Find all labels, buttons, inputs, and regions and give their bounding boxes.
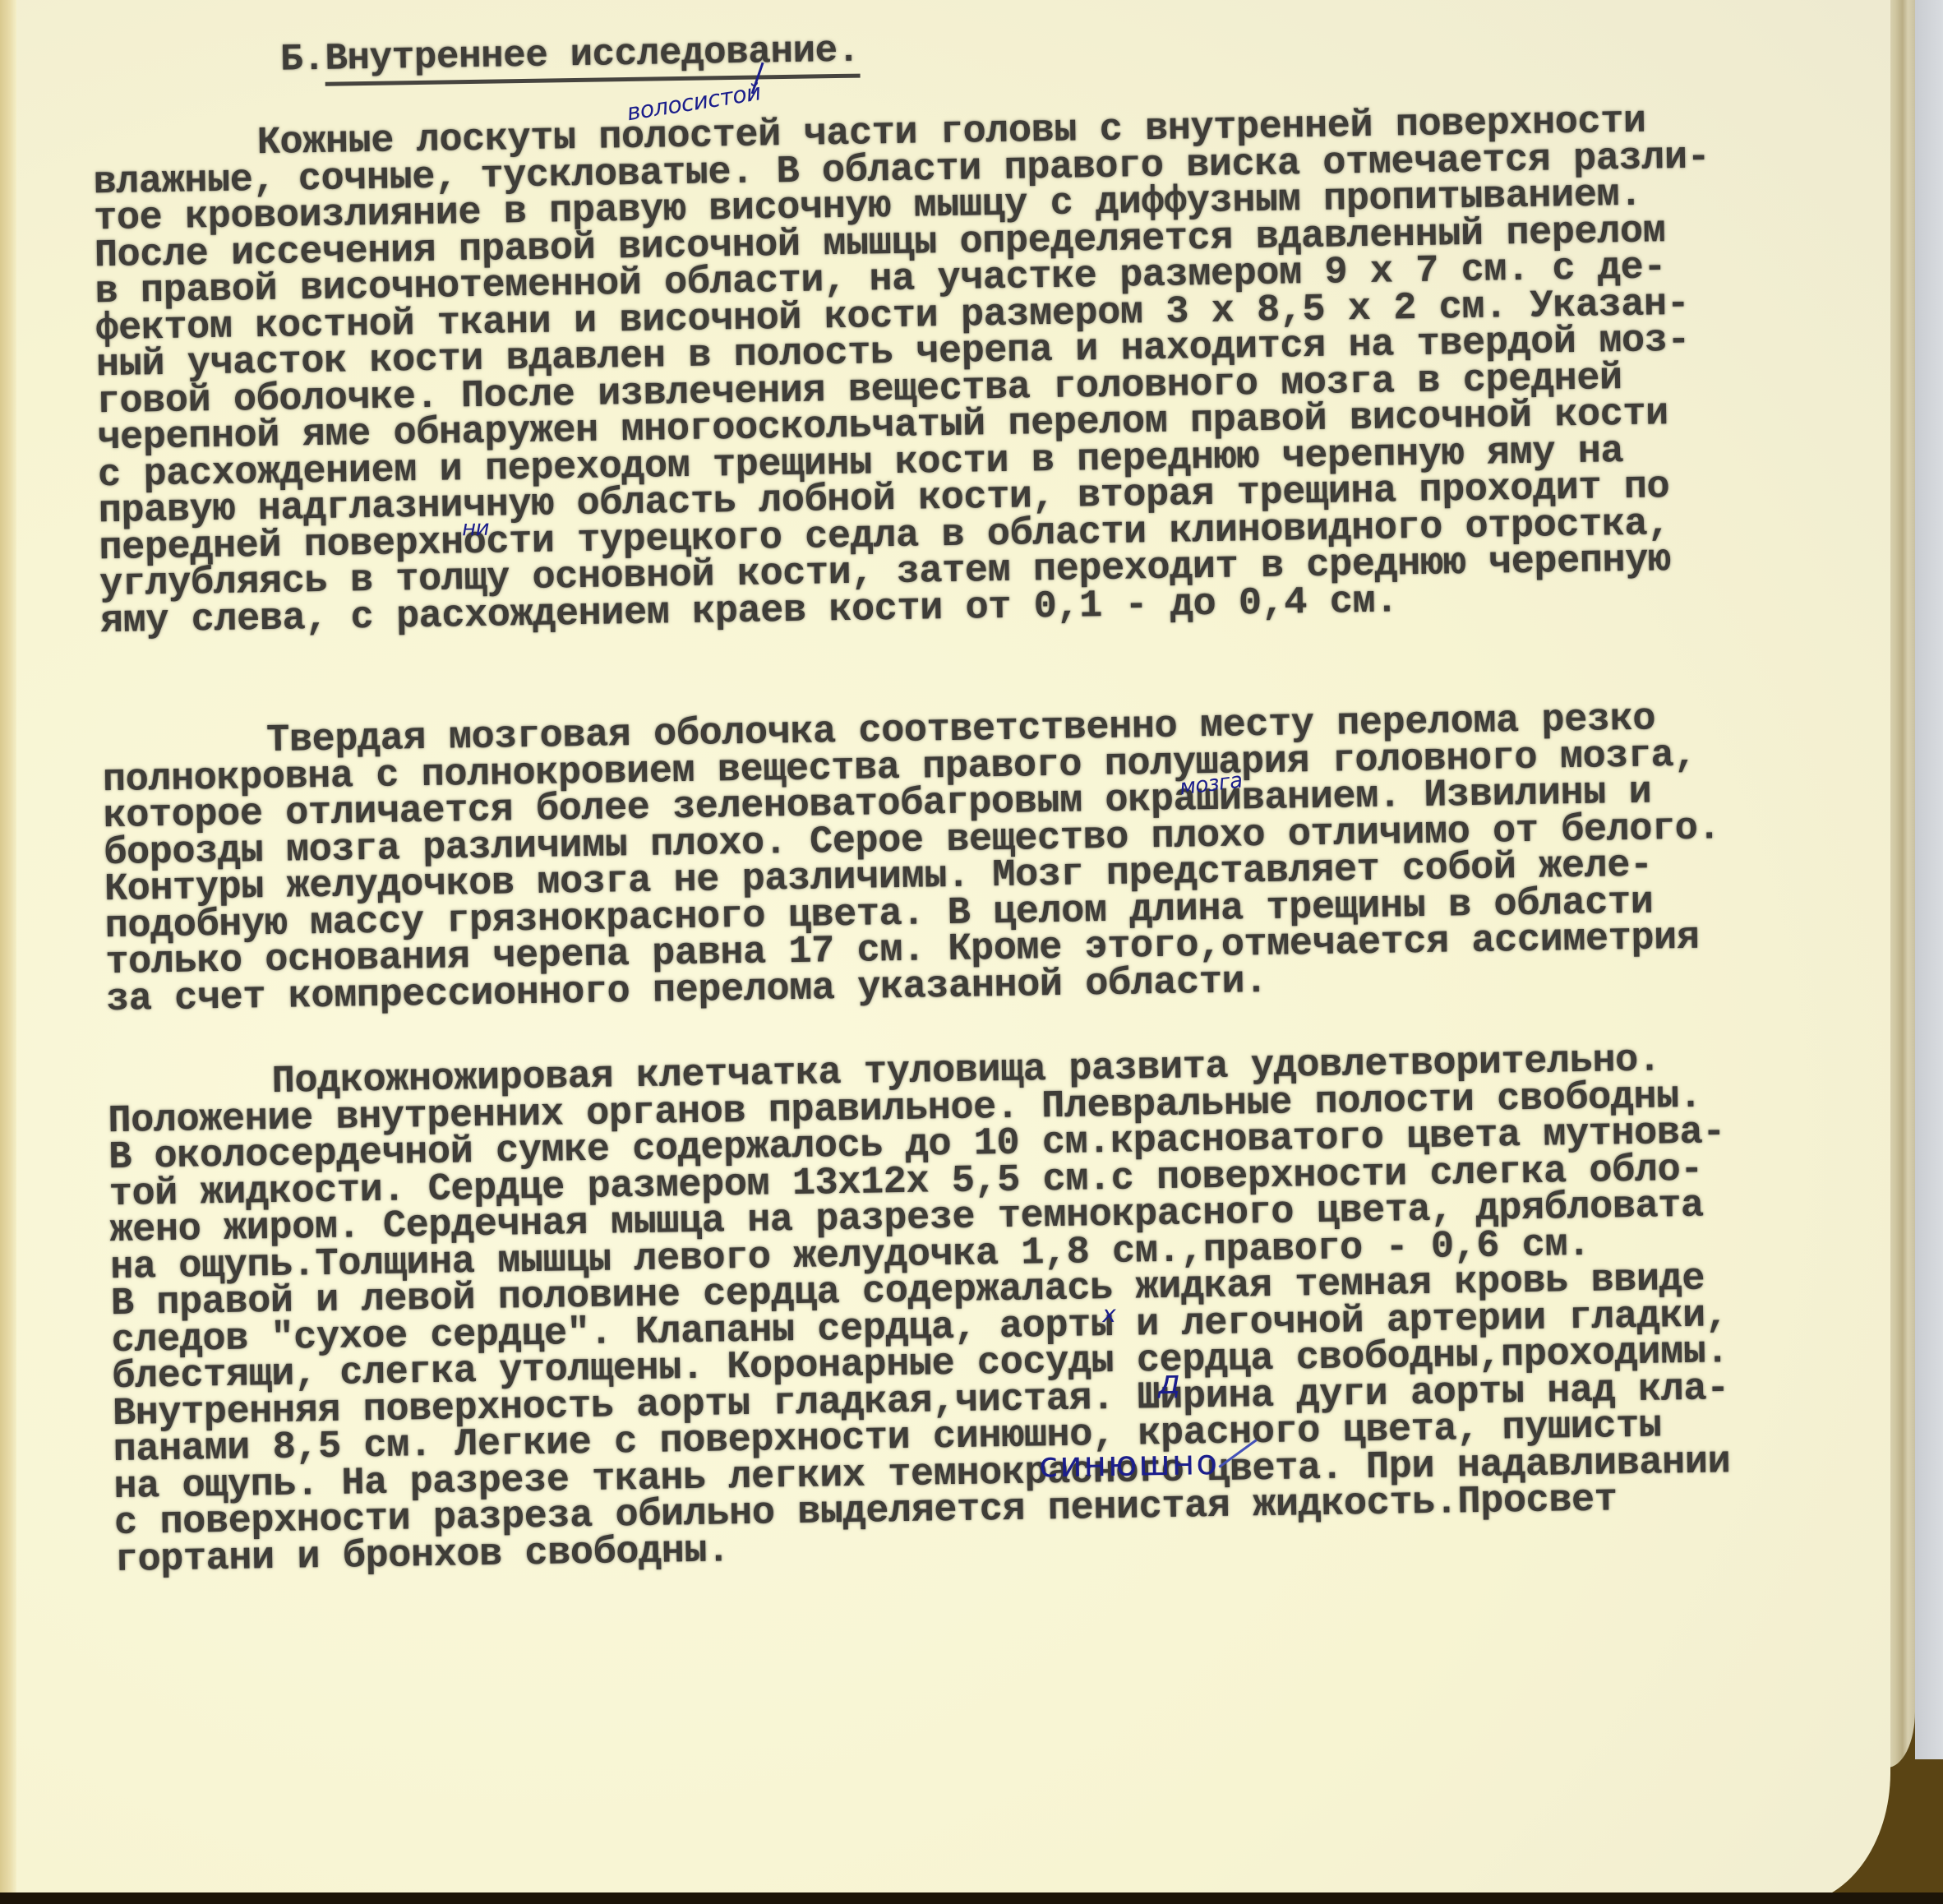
handwritten-correction: мозга	[1178, 763, 1244, 806]
handwritten-correction: х	[1102, 1296, 1116, 1333]
scan-bottom-edge	[0, 1892, 1943, 1904]
handwritten-correction: д	[1157, 1365, 1180, 1402]
paragraph-thorax: Подкожножировая клетчатка туловища разви…	[107, 1040, 1825, 1579]
section-heading: Б.Внутреннее исследование.	[280, 33, 860, 79]
heading-title: Внутреннее исследование.	[325, 30, 860, 86]
heading-prefix: Б.	[280, 38, 325, 81]
page-edge-stack	[1887, 0, 1915, 1768]
document-page: Б.Внутреннее исследование. Кожные лоскут…	[0, 0, 1890, 1904]
handwritten-correction: синюшно	[1039, 1444, 1219, 1484]
handwritten-correction: ни	[462, 511, 490, 548]
paragraph-brain: Твердая мозговая оболочка соответственно…	[102, 699, 1816, 1019]
paragraph-head-examination: Кожные лоскуты полостей части головы с в…	[92, 102, 1810, 641]
scanner-edge	[1915, 0, 1943, 1759]
